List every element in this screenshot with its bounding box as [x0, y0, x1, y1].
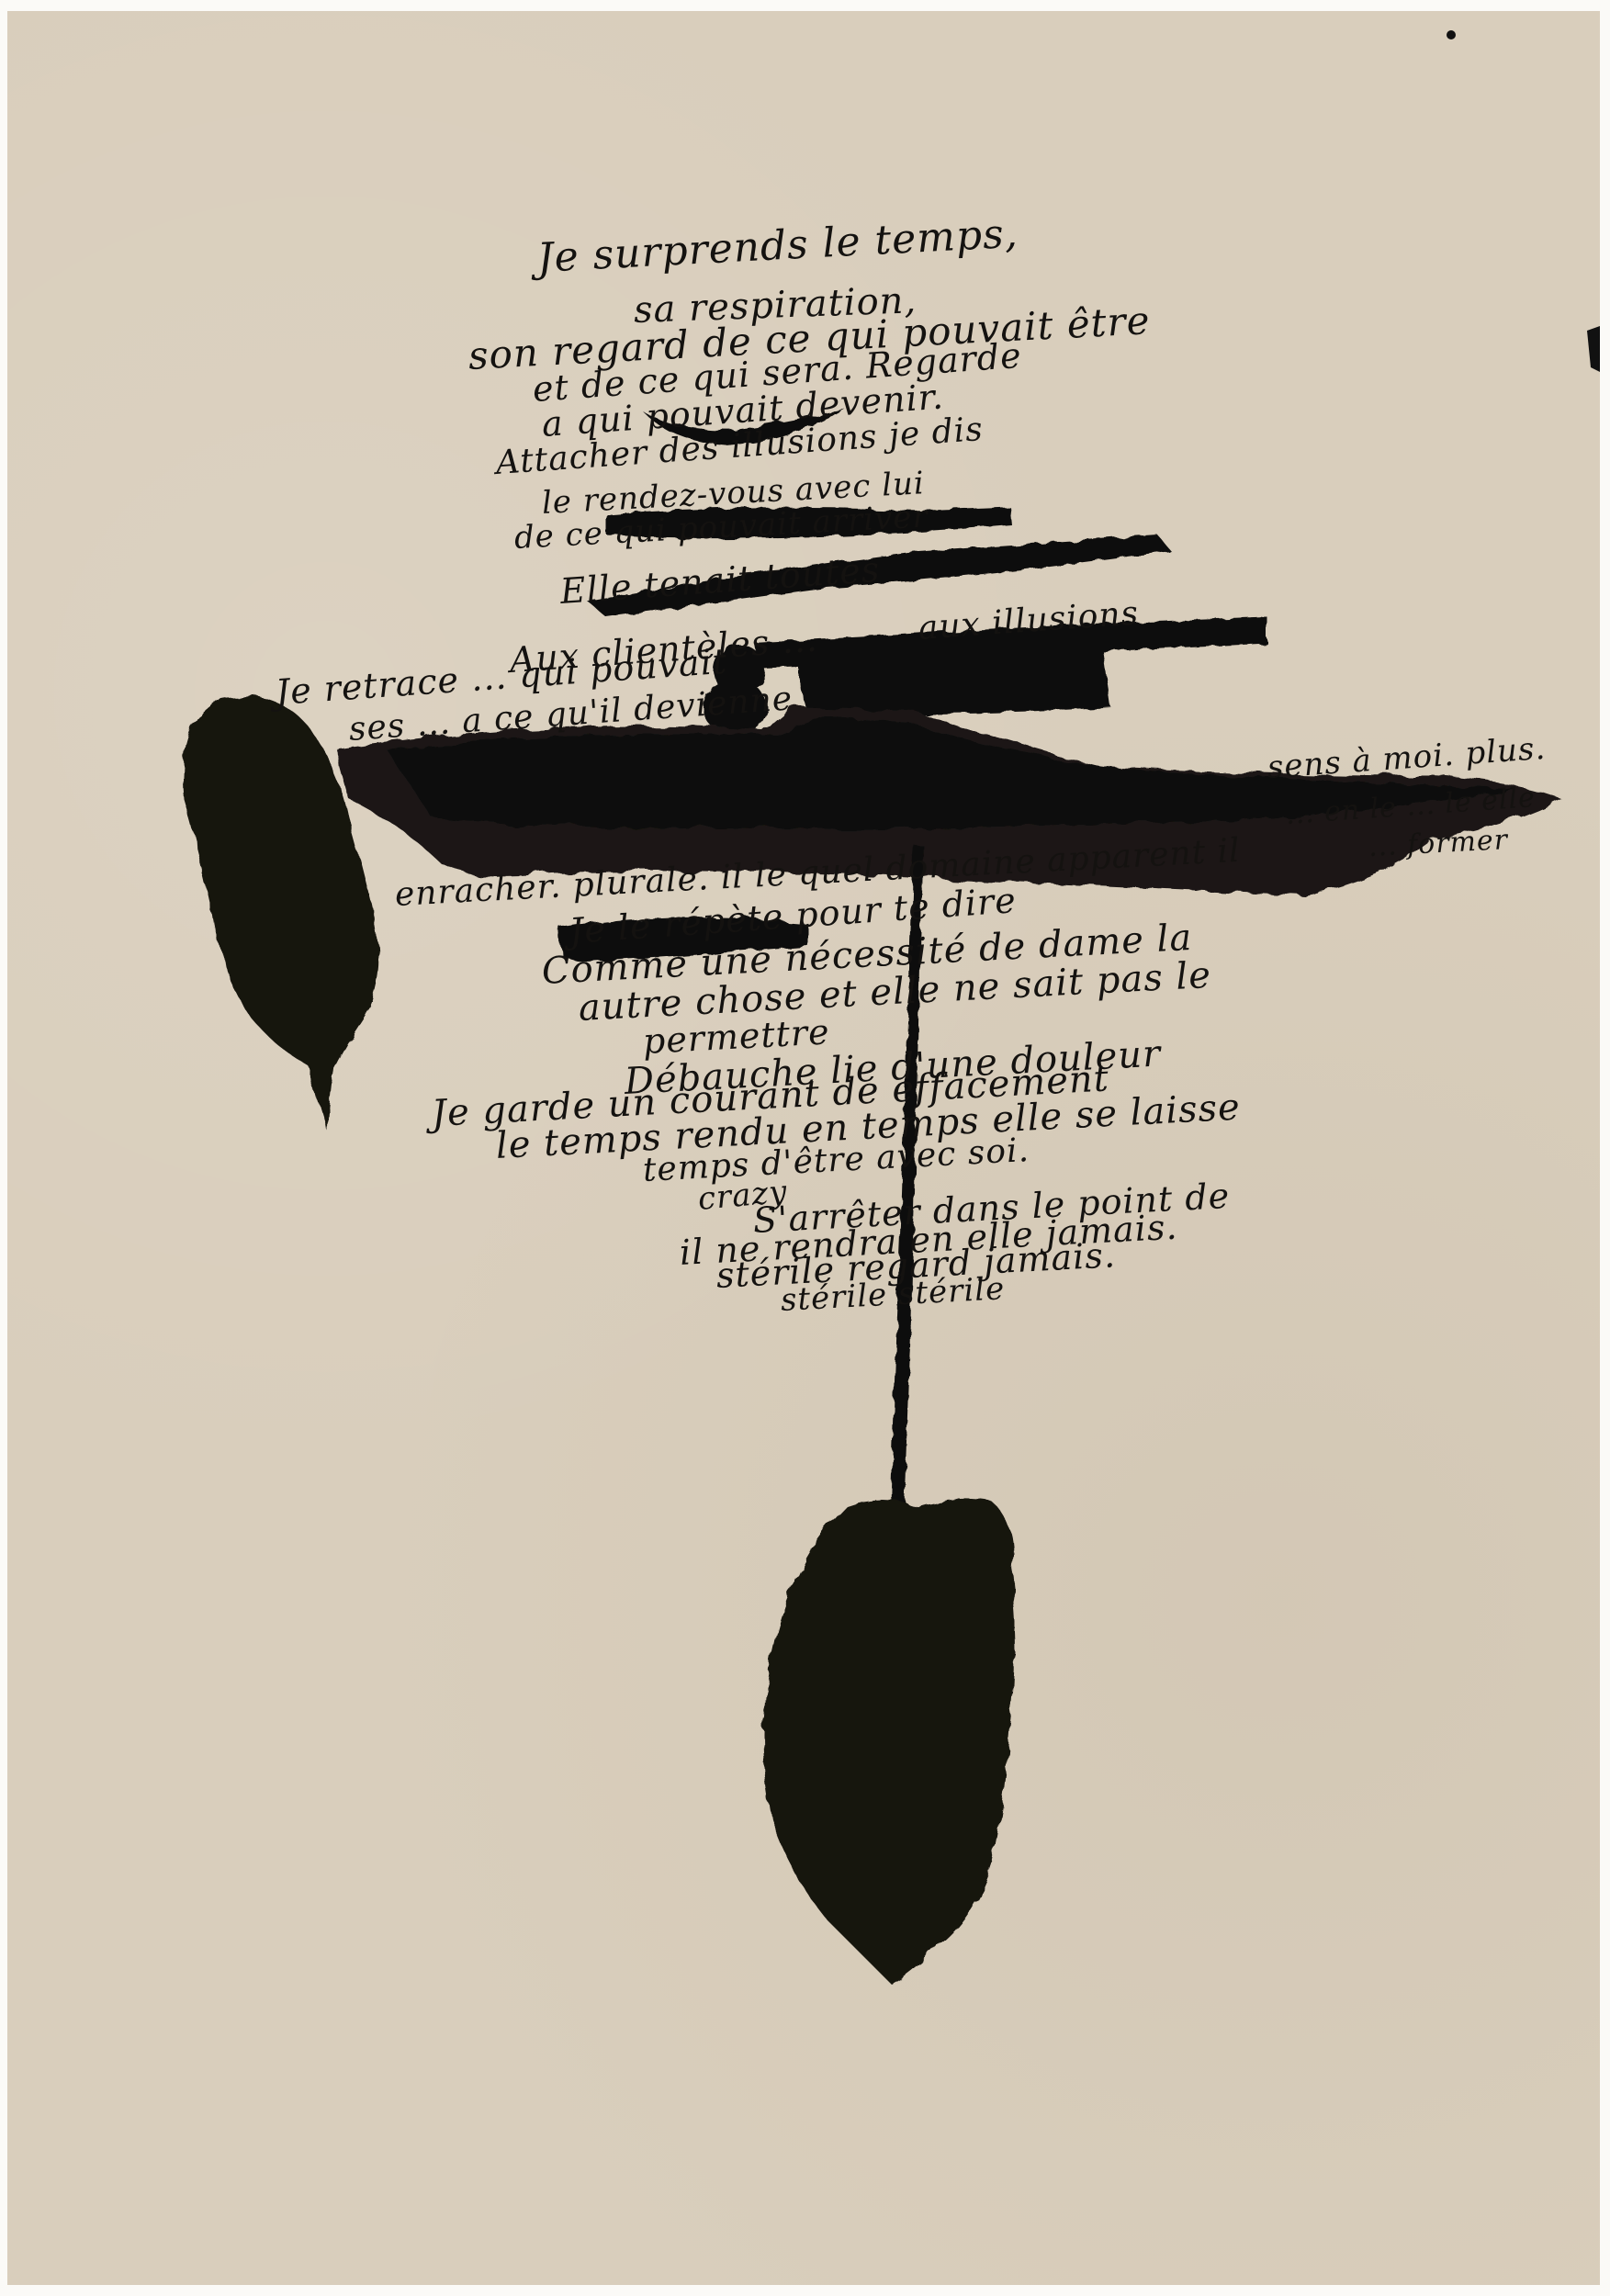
- ink-splatter-right-edge: [1587, 326, 1600, 372]
- ink-dot: [1447, 30, 1456, 39]
- strike-bar-4: [799, 643, 1111, 714]
- bottom-pod-blot: [763, 1499, 1015, 1984]
